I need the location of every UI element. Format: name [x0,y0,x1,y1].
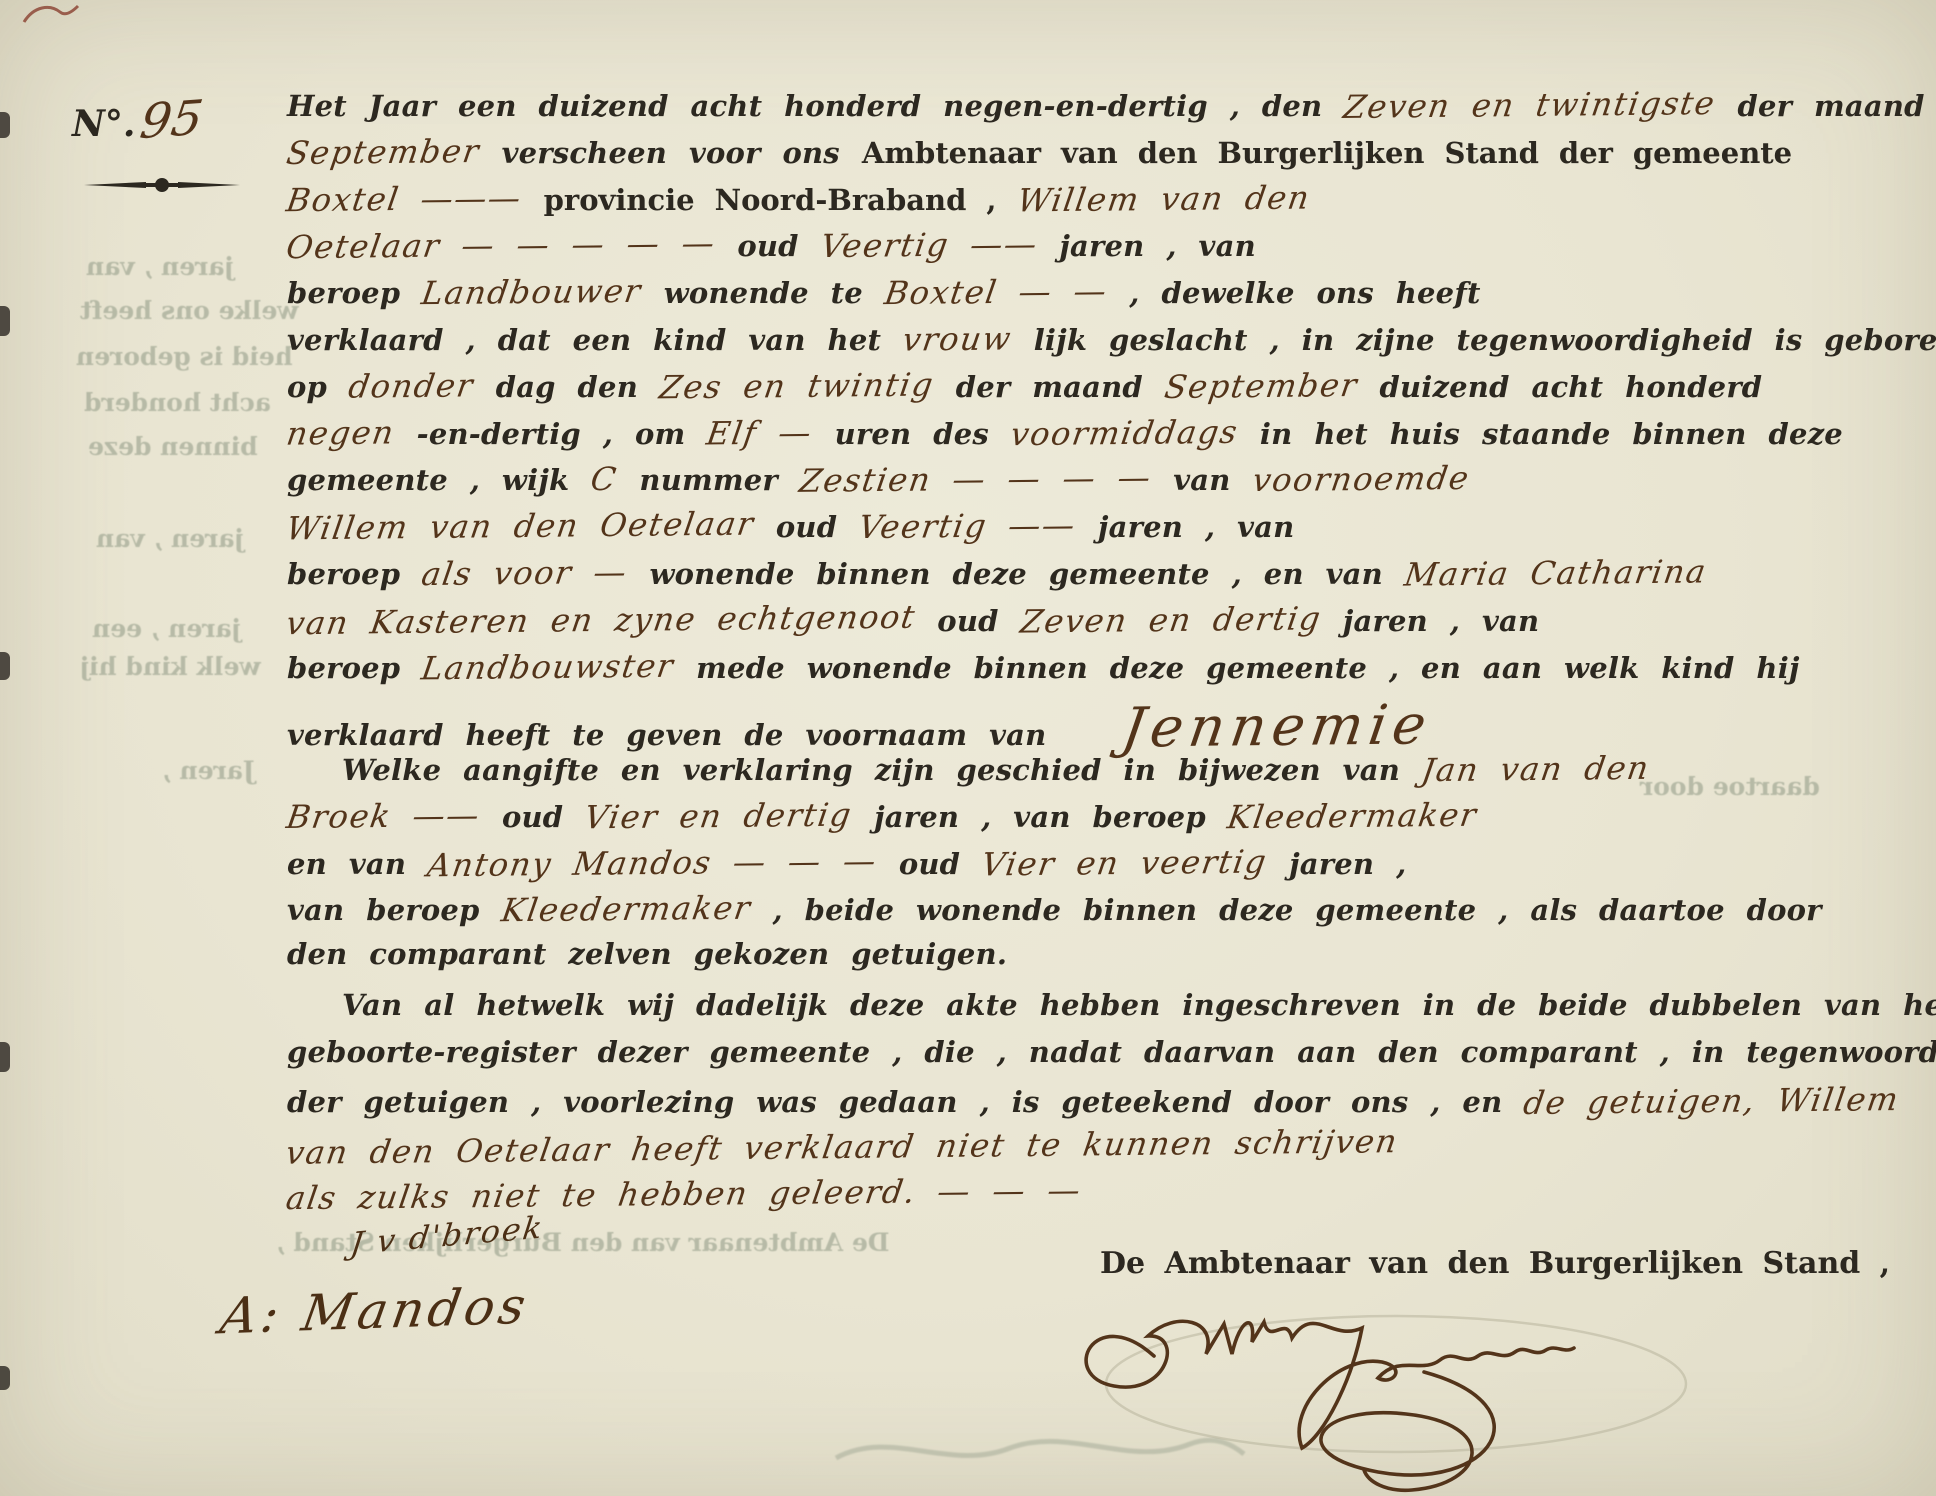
act-number-label: N°. [72,103,135,145]
bleedthrough-text: heid is geboren [76,342,293,371]
printed-form-text: oud [899,847,960,881]
bleedthrough-text: jaren , van [86,252,234,281]
printed-form-text: mede wonende binnen deze gemeente , en a… [696,651,1799,685]
printed-form-text: jaren , van [1059,229,1256,263]
printed-form-text: jaren , van beroep [874,800,1206,834]
printed-form-text: der maand [956,370,1143,404]
handwritten-text: Zeven en twintigste [1341,84,1718,126]
scan-edge-artifact [0,1366,10,1390]
document-line: Boxtel ———provincie Noord-Braband ,Wille… [287,180,1887,227]
document-line: Willem van den OetelaaroudVeertig ——jare… [287,507,1887,554]
document-line: van den Oetelaar heeft verklaard niet te… [287,1128,1887,1175]
witness-signature-mandos: A: Mandos [216,1277,533,1346]
bleedthrough-text: welke ons heeft [80,296,299,325]
paragraph-witnesses: Welke aangifte en verklaring zijn geschi… [287,750,1887,984]
document-line: verklaard , dat een kind van hetvrouwlij… [287,320,1887,367]
handwritten-text: donder [346,366,477,405]
printed-form-text: verklaard , dat een kind van het [287,323,881,357]
document-line: beroepLandbouwerwonende teBoxtel — —, de… [287,273,1887,320]
handwritten-text: Zestien — — — — [797,459,1155,501]
handwritten-text: C [588,460,620,498]
printed-form-text: Van al hetwelk wij dadelijk deze akte he… [342,988,1936,1022]
document-line: en vanAntony Mandos — — —oudVier en veer… [287,844,1887,891]
handwritten-text: van den Oetelaar heeft verklaard niet te… [283,1123,1401,1173]
handwritten-text: Veertig —— [818,225,1041,265]
handwritten-text: als zulks niet te hebben geleerd. — — — [284,1171,1085,1217]
printed-form-text: , dewelke ons heeft [1129,276,1480,310]
printed-form-text: , beide wonende binnen deze gemeente , a… [772,893,1821,927]
handwritten-text: Oetelaar — — — — — [284,224,719,266]
handwritten-text: Antony Mandos — — — [425,841,880,884]
document-line: beroepals voor —wonende binnen deze geme… [287,554,1887,601]
act-number-flourish [82,176,242,194]
document-line: van Kasteren en zyne echtgenootoudZeven … [287,601,1887,648]
printed-form-text: geboorte-register dezer gemeente , die ,… [287,1035,1936,1069]
handwritten-text: voornoemde [1250,459,1472,499]
printed-form-text: van [1173,463,1230,497]
handwritten-text: Boxtel — — [882,272,1110,312]
handwritten-text: de getuigen, Willem [1521,1080,1902,1122]
handwritten-text: Broek —— [284,796,483,836]
officiant-title: De Ambtenaar van den Burgerlijken Stand … [1100,1246,1890,1281]
printed-form-text: der maand [1738,89,1925,123]
printed-form-text: jaren , van [1098,510,1295,544]
printed-form-text: beroep [287,276,400,310]
document-line: negen-en-dertig , omElf —uren desvoormid… [287,414,1887,461]
handwritten-text: Kleedermaker [1225,795,1480,836]
printed-form-text: en van [287,847,406,881]
document-line: den comparant zelven gekozen getuigen. [287,937,1887,984]
printed-form-text: der getuigen , voorlezing was gedaan , i… [287,1085,1502,1119]
scan-corner-mark [20,2,80,28]
handwritten-text: negen [284,413,397,452]
printed-form-text: oud [937,604,998,638]
handwritten-text: Vier en veertig [979,842,1270,883]
birth-certificate-page: jaren , vanwelke ons heeftheid is gebore… [0,0,1936,1496]
printed-form-text: Welke aangifte en verklaring zijn geschi… [342,753,1400,787]
printed-form-text: jaren , van [1343,604,1540,638]
handwritten-text: Vier en dertig [582,795,855,836]
handwritten-text: September [1162,366,1361,406]
document-line: Broek ——oudVier en dertigjaren , van ber… [287,797,1887,844]
document-line: der getuigen , voorlezing was gedaan , i… [287,1082,1887,1129]
document-line: Het Jaar een duizend acht honderd negen-… [287,86,1887,133]
handwritten-text: Jan van den [1419,749,1652,789]
scan-edge-artifact [0,306,10,336]
printed-form-text: verklaard heeft te geven de voornaam van [287,718,1046,752]
bleedthrough-text: jaren , van [96,524,244,553]
handwritten-text: Zeven en dertig [1018,599,1324,640]
printed-form-text: Het Jaar een duizend acht honderd negen-… [287,89,1322,123]
scan-edge-artifact [0,112,10,138]
printed-form-text: jaren , [1289,847,1406,881]
printed-form-text: beroep [287,557,400,591]
verso-flourish-bleed [830,1418,1250,1478]
document-line: geboorte-register dezer gemeente , die ,… [287,1035,1887,1082]
printed-form-text: verscheen voor ons [502,136,840,170]
handwritten-text: van Kasteren en zyne echtgenoot [284,597,919,642]
printed-form-text: uren des [835,417,989,451]
document-line: Oetelaar — — — — —oudVeertig ——jaren , v… [287,226,1887,273]
handwritten-text: vrouw [900,319,1014,358]
printed-form-text: den comparant zelven gekozen getuigen. [287,937,1007,971]
printed-form-text: wonende te [664,276,863,310]
handwritten-text: September [284,132,483,172]
printed-form-text: lijk geslacht , in zijne tegenwoordighei… [1034,323,1936,357]
paragraph-closing: Van al hetwelk wij dadelijk deze akte he… [287,988,1887,1222]
bleedthrough-text: welk kind hij [80,652,261,681]
document-line: verklaard heeft te geven de voornaam van… [287,694,1887,741]
document-line: Welke aangifte en verklaring zijn geschi… [287,750,1887,797]
paragraph-declaration: Het Jaar een duizend acht honderd negen-… [287,86,1887,741]
handwritten-text: Willem van den [1015,178,1313,219]
bleedthrough-text: Jaren , [162,756,255,785]
handwritten-text: Landbouwer [419,272,644,312]
handwritten-text: Willem van den Oetelaar [284,505,757,548]
document-line: van beroepKleedermaker, beide wonende bi… [287,890,1887,937]
printed-form-text: oud [776,510,837,544]
handwritten-text: Elf — [705,413,816,452]
bleedthrough-text: binnen deze [88,432,258,461]
printed-form-text: nummer [639,463,777,497]
document-line: Septemberverscheen voor onsAmbtenaar van… [287,133,1887,180]
printed-form-text: op [287,370,327,404]
printed-form-text: beroep [287,651,400,685]
handwritten-text: Maria Catharina [1402,552,1710,593]
document-line: Van al hetwelk wij dadelijk deze akte he… [287,988,1887,1035]
bleedthrough-text: jaren , een [92,614,241,643]
printed-form-text: oud [737,229,798,263]
document-line: opdonderdag denZes en twintigder maandSe… [287,367,1887,414]
handwritten-text: Veertig —— [856,506,1079,546]
handwritten-text: als voor — [419,553,630,593]
printed-form-text: oud [502,800,563,834]
scan-edge-artifact [0,1042,10,1072]
document-line: gemeente , wijkCnummerZestien — — — —van… [287,460,1887,507]
handwritten-text: Landbouwster [419,646,677,687]
printed-form-text: duizend acht honderd [1380,370,1763,404]
printed-form-text: provincie Noord-Braband , [544,183,997,217]
printed-form-text: wonende binnen deze gemeente , en van [649,557,1382,591]
act-number-block: N°.95 [72,92,272,148]
printed-form-text: in het huis staande binnen deze [1260,417,1843,451]
handwritten-text: voormiddags [1008,412,1241,452]
scan-edge-artifact [0,652,10,680]
act-number-value: 95 [137,90,207,150]
printed-form-text: Ambtenaar van den Burgerlijken Stand der… [862,136,1792,170]
handwritten-text: Kleedermaker [498,889,753,930]
printed-form-text: dag den [496,370,638,404]
document-line: beroepLandbouwstermede wonende binnen de… [287,648,1887,695]
handwritten-text: Zes en twintig [657,365,937,406]
printed-form-text: -en-dertig , om [417,417,686,451]
printed-form-text: van beroep [287,893,480,927]
printed-form-text: gemeente , wijk [287,463,569,497]
handwritten-text: Boxtel ——— [284,178,525,218]
bleedthrough-text: acht honderd [84,388,271,417]
